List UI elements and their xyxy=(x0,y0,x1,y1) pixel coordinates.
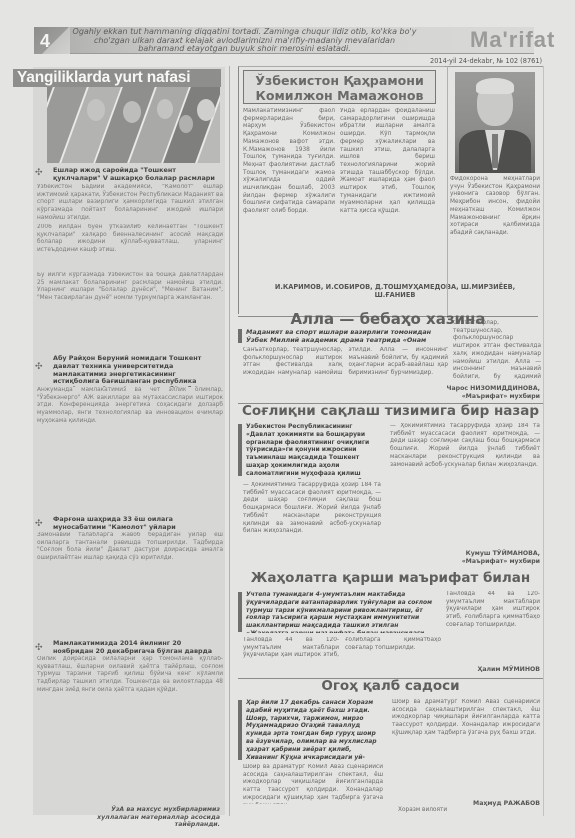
education-article-title: Жаҳолатга қарши маърифат билан xyxy=(238,570,543,586)
lead-bar xyxy=(238,329,242,343)
ornament-bullet-icon: ✣ xyxy=(35,644,44,653)
news-column-signature: ЎзА ва махсус мухбирларимиз хуллалаган м… xyxy=(90,806,220,829)
newspaper-page: 4 Ogahiy ekkan tut hammaning diqqatini t… xyxy=(0,0,575,838)
ogahiy-article-lead: Ҳар йили 17 декабрь санаси Хоразм адабий… xyxy=(246,699,381,761)
alla-article-body-col3: Санъаткорлар, театршунослар, фольклоршун… xyxy=(453,320,541,380)
news-lead: Абу Райҳон Беруний номидаги Тошкент давл… xyxy=(37,355,223,387)
news-column-title: Yangiliklarda yurt nafasi xyxy=(13,69,221,87)
column-rule xyxy=(543,66,544,816)
education-article-lead: Учтепа туманидаги 4-умумтаълим мактабида… xyxy=(246,591,441,633)
news-body: Бу йилги кўргазмада Ўзбекистон ва бошқа … xyxy=(37,272,223,312)
ogahiy-location: Хоразм вилояти xyxy=(398,807,478,815)
education-article-body: Танловда 44 ва 120-умумтаълим мактаблари… xyxy=(243,637,441,671)
lead-bar xyxy=(238,700,242,760)
news-photo-collage xyxy=(47,87,220,163)
health-article-body-col2: — Ҳокимиятимиз тасарруфида ҳозир 184 та … xyxy=(390,423,540,543)
ogahiy-article-title: Огоҳ қалб садоси xyxy=(238,678,543,694)
header-tagline: Ogahiy ekkan tut hammaning diqqatini tor… xyxy=(72,28,417,54)
hero-article-col1: Мамлакатимизнинг фаол фермерларидан бири… xyxy=(243,108,335,268)
news-item: ✣ Мамлакатимизда 2014 йилнинг 20 ноябрид… xyxy=(37,640,223,790)
hero-article-title: Ўзбекистон Қаҳрамони Комилжон Мамажонов xyxy=(243,70,436,104)
hero-article-col2: Унда ерлардан фойдаланиш самарадорлигини… xyxy=(340,108,435,268)
ogahiy-article-body-col1: Шоир ва драматург Комил Аваз сценарийси … xyxy=(243,764,383,804)
health-article-title: Соғлиқни сақлаш тизимига бир назар xyxy=(238,403,543,419)
news-body: Ўзбекистон Бадиий академияси, "Камолот" … xyxy=(37,184,223,224)
health-signature-role: «Маърифат» мухбири xyxy=(440,558,540,566)
newspaper-logo: Ma'rifat xyxy=(470,27,555,53)
ornament-bullet-icon: ✣ xyxy=(35,169,44,178)
news-item: ✣ Абу Райҳон Беруний номидаги Тошкент да… xyxy=(37,355,223,505)
news-item: ✣ Ёшлар ижод саройида "Тошкент қуклчалар… xyxy=(37,167,223,312)
health-signature-name: Кумуш ТЎЙМАНОВА, xyxy=(440,550,540,558)
news-item: ✣ Фарғона шаҳрида 33 ёш оилага муносабат… xyxy=(37,516,223,618)
alla-signature-name: Чарос НИЗОМИДДИНОВА, xyxy=(440,385,540,393)
ornament-bullet-icon: ✣ xyxy=(35,363,44,372)
hero-article-signature: И.КАРИМОВ, И.СОБИРОВ, Д.ТОШМУҲАМЕДОВА, Ш… xyxy=(270,283,520,299)
page-number: 4 xyxy=(34,27,70,54)
lead-bar xyxy=(238,424,242,476)
column-rule xyxy=(229,66,230,816)
education-signature: Ҳалим МЎМИНОВ xyxy=(440,666,540,674)
ogahiy-article-body-col2: Шоир ва драматург Комил Аваз сценарийси … xyxy=(392,699,540,767)
news-body: Анжуманда мамлакатимиз ва чет эллик олим… xyxy=(37,387,223,505)
education-article-body-col3: Танловда 44 ва 120-умумтаълим мактаблари… xyxy=(446,591,540,655)
news-lead: Мамлакатимизда 2014 йилнинг 20 ноябридан… xyxy=(37,640,223,656)
alla-article-lead: Маданият ва спорт ишлари вазирлиги томон… xyxy=(246,328,451,345)
column-rule xyxy=(447,66,448,316)
health-article-lead: Ўзбекистон Республикасининг «Давлат ҳоки… xyxy=(246,423,381,479)
alla-article-body: Санъаткорлар, театршунослар, фольклоршун… xyxy=(243,347,448,395)
lead-bar xyxy=(238,592,242,632)
issue-line: 2014-yil 24-dekabr, № 102 (8761) xyxy=(430,57,542,65)
ornament-bullet-icon: ✣ xyxy=(35,520,44,529)
hero-article-col3: Фидокорона меҳнатлари учун Ўзбекистон Қа… xyxy=(450,176,540,268)
hero-title-line2: Комилжон Мамажонов xyxy=(244,88,435,103)
news-body: Замонавий талабларга жавоб берадиган уйл… xyxy=(37,532,223,618)
health-article-body-col1: — Ҳокимиятимиз тасарруфида ҳозир 184 та … xyxy=(243,482,381,566)
alla-signature-role: «Маърифат» мухбири xyxy=(440,393,540,401)
news-lead: Фарғона шаҳрида 33 ёш оилага муносабатим… xyxy=(37,516,223,532)
news-body: Ойлик доирасида оилаларни ҳар томонлама … xyxy=(37,656,223,790)
news-body: 2006 йилдан буён ўтказилиб келинаётган "… xyxy=(37,224,223,272)
hero-portrait-photo xyxy=(455,72,535,173)
hero-title-line1: Ўзбекистон Қаҳрамони xyxy=(244,73,435,88)
news-lead: Ёшлар ижод саройида "Тошкент қуклчалари"… xyxy=(37,167,223,183)
